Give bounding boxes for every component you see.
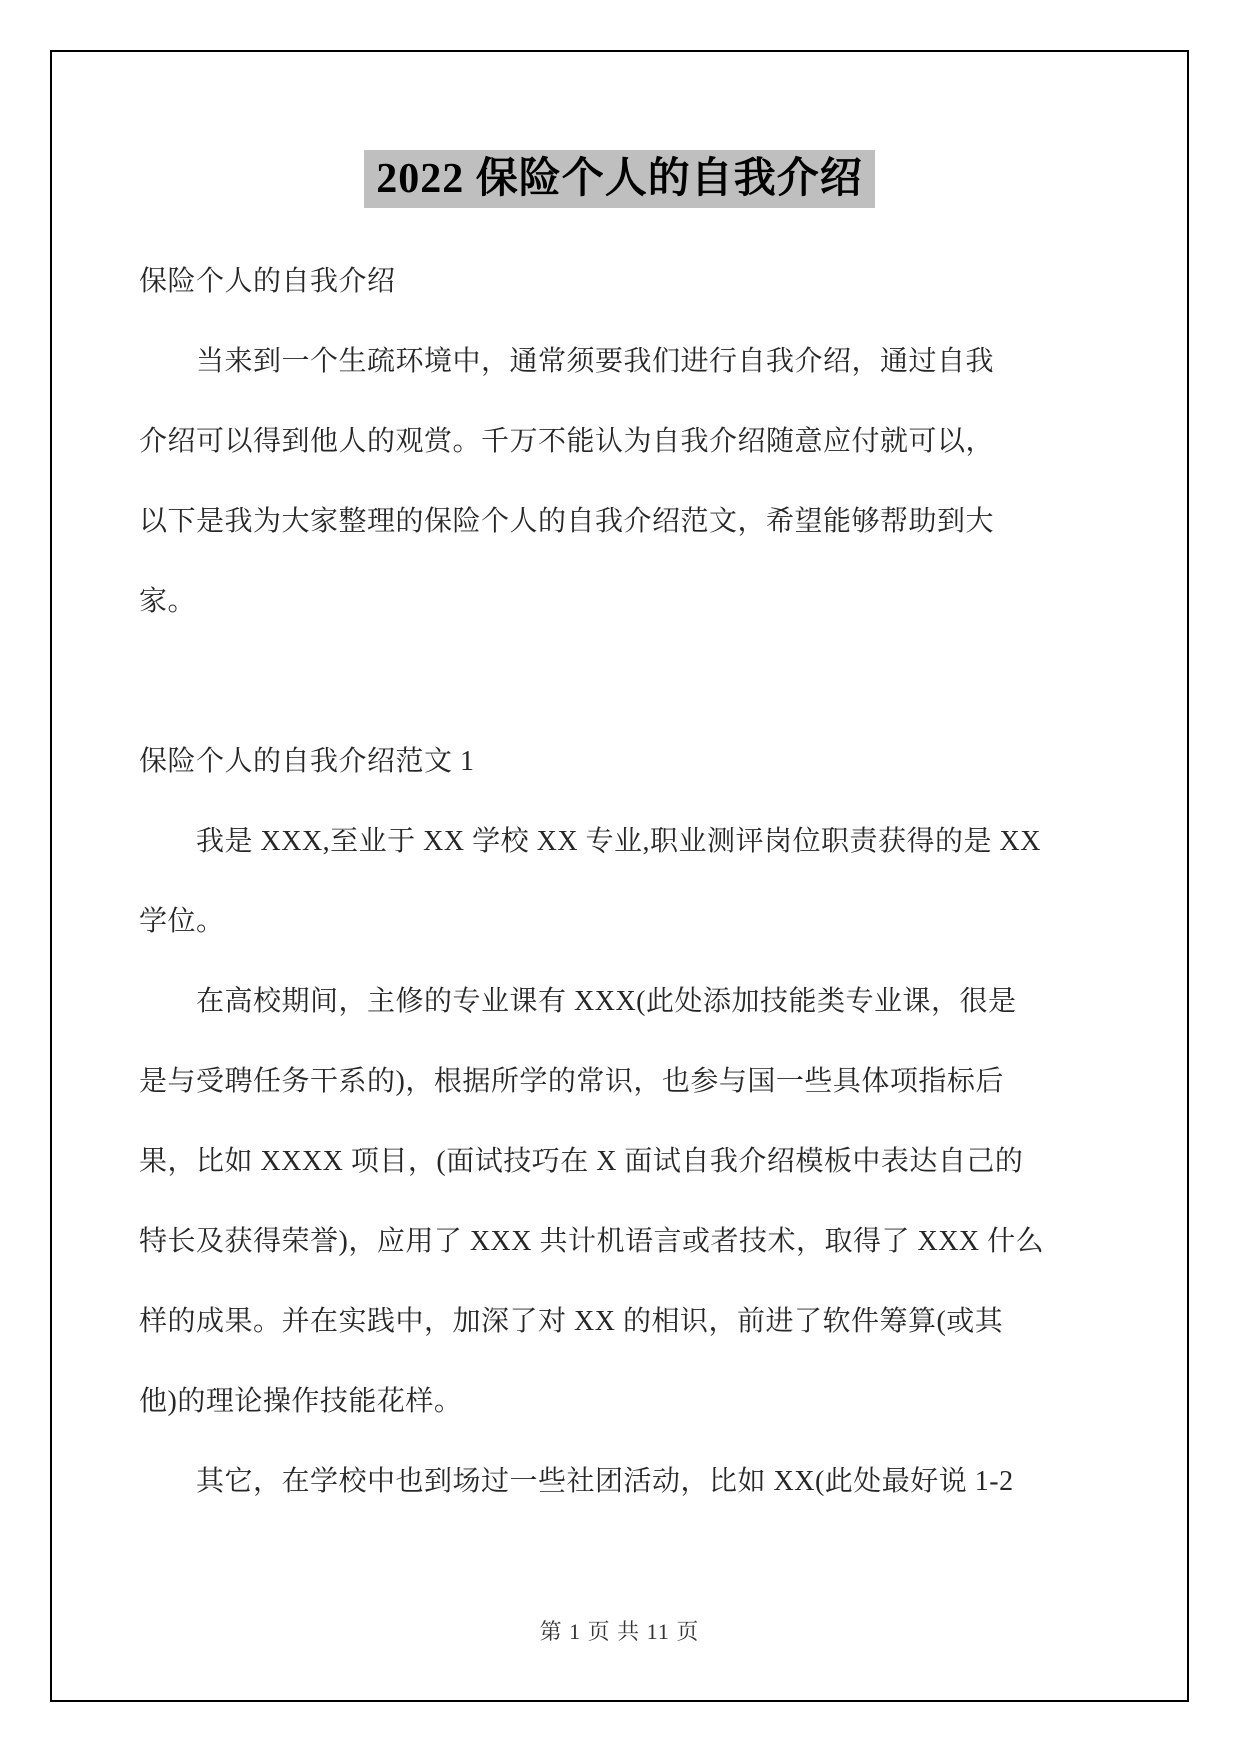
text-line: 在高校期间，主修的专业课有 XXX(此处添加技能类专业课，很是 <box>139 962 991 1042</box>
text-line: 是与受聘任务干系的)，根据所学的常识，也参与国一些具体项指标后 <box>139 1042 991 1122</box>
text-line: 我是 XXX,至业于 XX 学校 XX 专业,职业测评岗位职责获得的是 XX <box>139 802 991 882</box>
text-line: 样的成果。并在实践中，加深了对 XX 的相识，前进了软件筹算(或其 <box>139 1282 991 1362</box>
text-line: 果，比如 XXXX 项目，(面试技巧在 X 面试自我介绍模板中表达自己的 <box>139 1122 991 1202</box>
title-row: 2022 保险个人的自我介绍 <box>52 150 1187 208</box>
text-line: 家。 <box>139 562 991 642</box>
text-line: 保险个人的自我介绍 <box>139 242 991 322</box>
text-line: 当来到一个生疏环境中，通常须要我们进行自我介绍，通过自我 <box>139 322 991 402</box>
text-line: 保险个人的自我介绍范文 1 <box>139 722 991 802</box>
document-body: 保险个人的自我介绍当来到一个生疏环境中，通常须要我们进行自我介绍，通过自我介绍可… <box>139 242 991 1522</box>
page-number-footer: 第 1 页 共 11 页 <box>52 1615 1187 1646</box>
text-line: 学位。 <box>139 882 991 962</box>
text-line: 特长及获得荣誉)，应用了 XXX 共计机语言或者技术，取得了 XXX 什么 <box>139 1202 991 1282</box>
text-line: 他)的理论操作技能花样。 <box>139 1362 991 1442</box>
blank-line <box>139 642 991 722</box>
text-line: 以下是我为大家整理的保险个人的自我介绍范文，希望能够帮助到大 <box>139 482 991 562</box>
document-canvas: 2022 保险个人的自我介绍 保险个人的自我介绍当来到一个生疏环境中，通常须要我… <box>0 0 1241 1754</box>
text-line: 其它，在学校中也到场过一些社团活动，比如 XX(此处最好说 1-2 <box>139 1442 991 1522</box>
document-page: 2022 保险个人的自我介绍 保险个人的自我介绍当来到一个生疏环境中，通常须要我… <box>50 50 1189 1702</box>
text-line: 介绍可以得到他人的观赏。千万不能认为自我介绍随意应付就可以， <box>139 402 991 482</box>
page-title: 2022 保险个人的自我介绍 <box>364 150 875 208</box>
